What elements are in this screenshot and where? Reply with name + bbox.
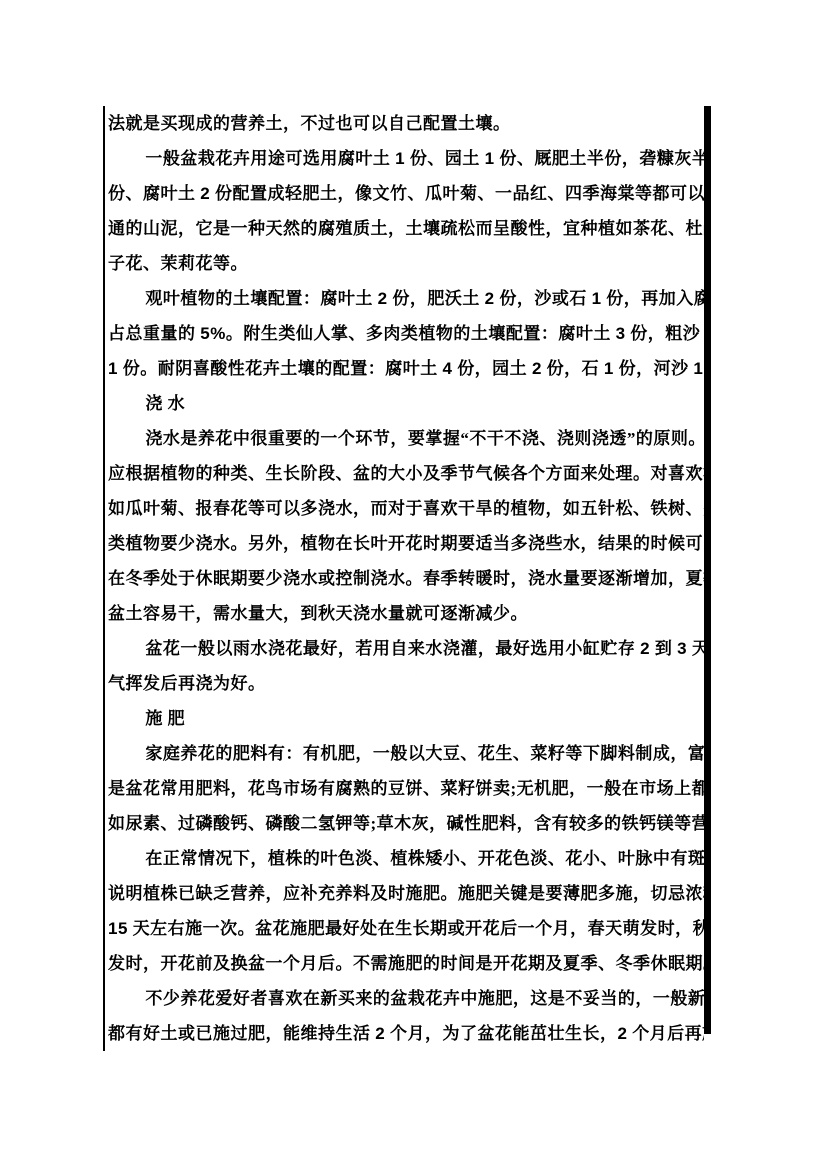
text-line: 不少养花爱好者喜欢在新买来的盆栽花卉中施肥，这是不妥当的，一般新买来的花卉 [105,981,704,1016]
numeral: 3 [677,639,687,658]
numeral: 1 [485,149,495,168]
numeral: 2 [532,359,542,378]
numeral: 3 [616,324,626,343]
text-line: 盆土容易干，需水量大，到秋天浇水量就可逐渐减少。 [105,596,704,631]
text-line: 通的山泥，它是一种天然的腐殖质土，土壤疏松而呈酸性，宜种植如茶花、杜鹃、米兰、栀 [105,211,704,246]
section-heading: 施 肥 [105,701,704,736]
numeral: 2 [640,639,650,658]
text-line: 都有好土或已施过肥，能维持生活 2 个月，为了盆花能茁壮生长，2 个月后再施肥也… [105,1016,704,1051]
text-line: 发时，开花前及换盆一个月后。不需施肥的时间是开花期及夏季、冬季休眠期。 [105,946,704,981]
text-line: 是盆花常用肥料，花鸟市场有腐熟的豆饼、菜籽饼卖;无机肥，一般在市场上都可以购买， [105,771,704,806]
text-line: 类植物要少浇水。另外，植物在长叶开花时期要适当多浇些水，结果的时候可以少浇些水。 [105,526,704,561]
numeral: 5% [200,324,226,343]
text-line: 气挥发后再浇为好。 [105,666,704,701]
text-line: 占总重量的 5%。附生类仙人掌、多肉类植物的土壤配置：腐叶土 3 份，粗沙 3 … [105,316,704,351]
numeral: 1 [592,289,602,308]
numeral: 2 [378,289,388,308]
numeral: 1 [604,359,614,378]
numeral: 2 [617,1024,627,1043]
numeral: 2 [200,184,210,203]
numeral: 4 [442,359,452,378]
text-line: 盆花一般以雨水浇花最好，若用自来水浇灌，最好选用小缸贮存 2 到 3 天，待水中… [105,631,704,666]
text-line: 应根据植物的种类、生长阶段、盆的大小及季节气候各个方面来处理。对喜欢潮湿的植物， [105,456,704,491]
text-line: 在正常情况下，植株的叶色淡、植株矮小、开花色淡、花小、叶脉中有斑点等症状出现时 [105,841,704,876]
right-border-bar [704,106,711,1034]
section-heading: 浇 水 [105,386,704,421]
text-line: 家庭养花的肥料有：有机肥，一般以大豆、花生、菜籽等下脚料制成，富含氮、磷、钾， [105,736,704,771]
text-line: 一般盆栽花卉用途可选用腐叶土 1 份、园土 1 份、厩肥土半份，砻糠灰半份或者园… [105,141,704,176]
text-line: 子花、茉莉花等。 [105,246,704,281]
text-line: 如瓜叶菊、报春花等可以多浇水，而对于喜欢干旱的植物，如五针松、铁树、多肉类仙人掌 [105,491,704,526]
text-line: 在冬季处于休眠期要少浇水或控制浇水。春季转暖时，浇水量要逐渐增加，夏季气温高， [105,561,704,596]
text-line: 份、腐叶土 2 份配置成轻肥土，像文竹、瓜叶菊、一品红、四季海棠等都可以用。也可… [105,176,704,211]
numeral: 1 [108,359,118,378]
text-line: 如尿素、过磷酸钙、磷酸二氢钾等;草木灰，碱性肥料，含有较多的铁钙镁等营养物质。 [105,806,704,841]
numeral: 1 [693,359,703,378]
text-line: 15 天左右施一次。盆花施肥最好处在生长期或开花后一个月，春天萌发时，秋天第二次… [105,911,704,946]
text-line: 法就是买现成的营养土，不过也可以自己配置土壤。 [105,106,704,141]
numeral: 2 [375,1024,385,1043]
text-line: 说明植株已缺乏营养，应补充养料及时施肥。施肥关键是要薄肥多施，切忌浓稠，一般在 [105,876,704,911]
numeral: 1 [395,149,405,168]
text-line: 观叶植物的土壤配置：腐叶土 2 份，肥沃土 2 份，沙或石 1 份，再加入腐熟的… [105,281,704,316]
text-line: 1 份。耐阴喜酸性花卉土壤的配置：腐叶土 4 份，园土 2 份，石 1 份，河沙… [105,351,704,386]
text-line: 浇水是养花中很重要的一个环节，要掌握“不干不浇、浇则浇透”的原则。盆花的浇水 [105,421,704,456]
text-block: 法就是买现成的营养土，不过也可以自己配置土壤。一般盆栽花卉用途可选用腐叶土 1 … [103,106,704,1051]
numeral: 15 [108,919,128,938]
document-page: 法就是买现成的营养土，不过也可以自己配置土壤。一般盆栽花卉用途可选用腐叶土 1 … [0,0,827,1169]
numeral: 2 [485,289,495,308]
